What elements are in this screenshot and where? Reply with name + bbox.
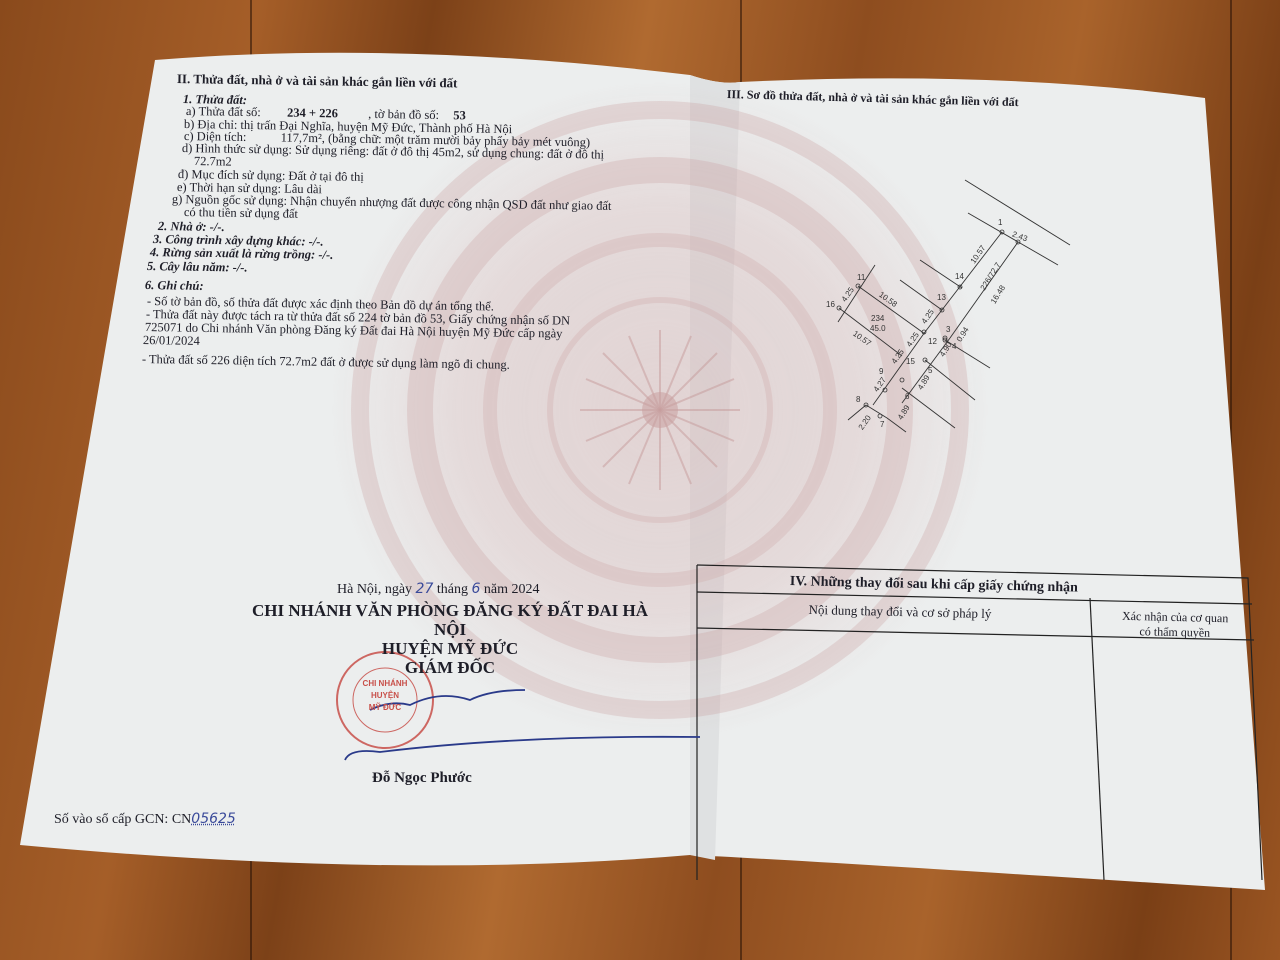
map-point-label: 6 [905,392,909,401]
item-6-notes: 6. Ghi chú: [145,279,204,293]
map-point-label: 4 [952,342,956,351]
registry-number: 05625 [191,811,236,827]
map-point-label: 15 [906,357,915,366]
date-day: 27 [416,581,434,597]
map-parcel-number: 234 [871,314,884,323]
issuer-block: CHI NHÁNH VĂN PHÒNG ĐĂNG KÝ ĐẤT ĐAI HÀ N… [250,601,650,677]
date-year: năm 2024 [484,582,540,597]
confirm-header-line: Xác nhận của cơ quan [1105,608,1245,626]
stamp-line: HUYỆN [353,690,417,702]
map-point-label: 3 [946,325,950,334]
note-2-date: 26/01/2024 [143,334,200,348]
date-month-label: tháng [437,582,468,597]
map-point-label: 13 [937,293,946,302]
issuer-line-1: CHI NHÁNH VĂN PHÒNG ĐĂNG KÝ ĐẤT ĐAI HÀ N… [250,601,650,639]
stamp-text: CHI NHÁNH HUYỆN MỸ ĐỨC [353,678,417,714]
registry-number-row: Số vào sổ cấp GCN: CN05625 [54,813,236,826]
map-point-label: 8 [856,395,860,404]
item-5-trees: 5. Cây lâu năm: -/-. [147,260,248,275]
signer-name: Đỗ Ngọc Phước [372,772,472,785]
map-point-label: 1 [998,218,1002,227]
map-point-label: 12 [928,337,937,346]
stamp-line: MỸ ĐỨC [353,702,417,714]
map-parcel-area: 45.0 [870,324,886,333]
changes-col-confirm-header: Xác nhận của cơ quan có thẩm quyền [1105,608,1246,641]
date-month: 6 [471,581,480,597]
stamp-line: CHI NHÁNH [353,678,417,690]
issuer-line-2: HUYỆN MỸ ĐỨC [250,639,650,658]
map-point-label: 16 [826,300,835,309]
map-point-label: 11 [857,273,865,282]
map-point-label: 5 [928,366,932,375]
issuer-line-3: GIÁM ĐỐC [250,658,650,677]
map-point-label: 7 [880,420,884,429]
usage-origin-cont: có thu tiền sử dụng đất [184,206,298,221]
registry-label: Số vào sổ cấp GCN: CN [54,812,191,827]
certificate-document: II. Thửa đất, nhà ở và tài sản khác gắn … [0,0,1280,960]
map-point-label: 14 [955,272,964,281]
date-prefix: Hà Nội, ngày [337,582,412,597]
issue-date: Hà Nội, ngày 27 tháng 6 năm 2024 [337,583,540,596]
